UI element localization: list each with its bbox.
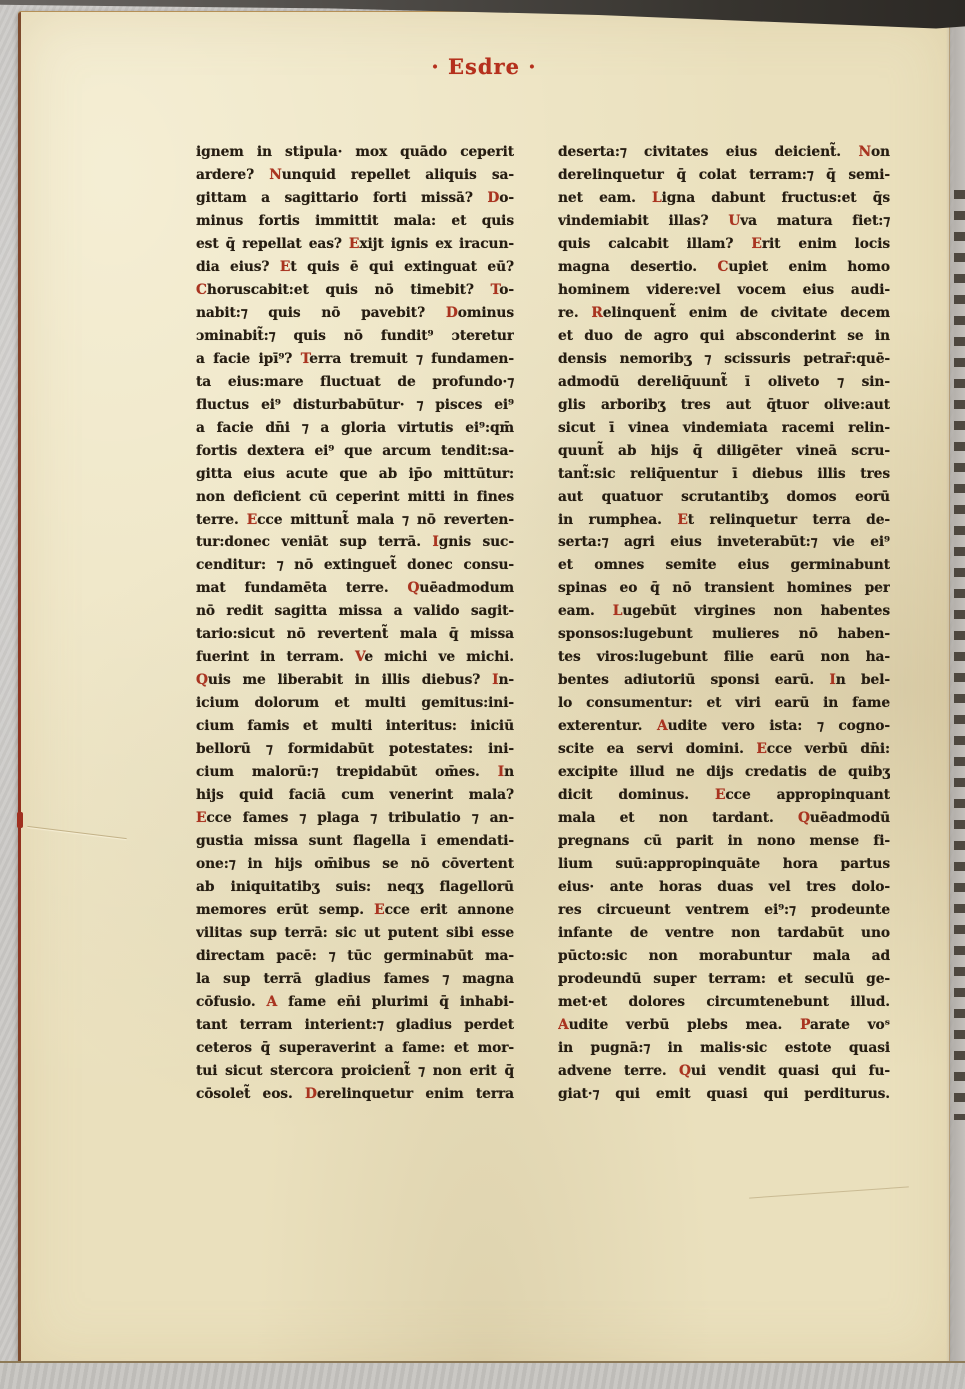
text-line: vindemiabit illas? Uva matura fiet:⁊: [558, 210, 890, 233]
line-text: exterentur.: [558, 718, 657, 734]
line-text: tui sicut stercora proicient̃ ⁊ non erit…: [196, 1063, 514, 1079]
line-text: mala et non tardant.: [558, 810, 798, 826]
rubricated-initial: E: [349, 236, 359, 252]
rubricated-initial: A: [267, 994, 278, 1010]
text-line: met·et dolores circumtenebunt illud.: [558, 991, 890, 1014]
line-text: minus fortis immittit mala: et quis: [196, 213, 514, 229]
line-text: sponsos:lugebunt mulieres nō haben-: [558, 626, 890, 642]
line-text: cium malorū:⁊ trepidabūt om̄es.: [196, 764, 498, 780]
line-text: et omnes semite eius germinabunt: [558, 557, 890, 573]
red-stained-page-edge: [18, 12, 21, 1364]
text-line: nō redit sagitta missa a valido sagit-: [196, 600, 514, 623]
red-edge-stain: [17, 812, 23, 828]
line-text: excipite illud ne dijs credatis de quibʒ: [558, 764, 890, 780]
line-text: quis calcabit illam?: [558, 236, 751, 252]
text-line: hominem videre:vel vocem eius audi-: [558, 279, 890, 302]
line-text: gustia missa sunt flagella ī emendati-: [196, 833, 514, 849]
text-line: a facie dn̄i ⁊ a gloria virtutis ei⁹:qm̄: [196, 417, 514, 440]
manuscript-page: · Esdre · ignem in stipula· mox quādo ce…: [18, 11, 950, 1365]
line-text: vindemiabit illas?: [558, 213, 728, 229]
text-line: cōsolet̃ eos. Derelinquetur enim terra: [196, 1083, 514, 1106]
text-line: densis nemoribʒ ⁊ scissuris petrar̄:quē-: [558, 348, 890, 371]
line-text: hominem videre:vel vocem eius audi-: [558, 282, 890, 298]
bottom-mat-edge: [0, 1361, 965, 1389]
line-text: directam pacē: ⁊ tūc germinabūt ma-: [196, 948, 514, 964]
rubricated-initial: D: [487, 190, 499, 206]
text-line: dia eius? Et quis ē qui extinguat eū?: [196, 256, 514, 279]
line-text: cenditur: ⁊ nō extinguet̃ donec consu-: [196, 557, 514, 573]
line-text: net eam.: [558, 190, 652, 206]
text-line: fluctus ei⁹ disturbabūtur· ⁊ pisces ei⁹: [196, 394, 514, 417]
line-text: sicut ī vinea vindemiata racemi relin-: [558, 420, 890, 436]
rubricated-initial: E: [280, 259, 290, 275]
line-text: re.: [558, 305, 591, 321]
text-line: pūcto:sic non morabuntur mala ad: [558, 945, 890, 968]
line-text: prodeundū super terram: et seculū ge-: [558, 971, 890, 987]
line-text: pregnans cū parit in nono mense fi-: [558, 833, 890, 849]
text-column-right: deserta:⁊ civitates eius deicient̃. Nond…: [558, 141, 890, 1106]
text-line: fortis dextera ei⁹ que arcum tendit:sa-: [196, 440, 514, 463]
line-text: e michi ve michi.: [364, 649, 514, 665]
line-text: aut quatuor scrutantibʒ domos eorū: [558, 489, 890, 505]
line-text: nabit:⁊ quis nō pavebit?: [196, 305, 446, 321]
text-line: aut quatuor scrutantibʒ domos eorū: [558, 486, 890, 509]
text-line: tant terram interient:⁊ gladius perdet: [196, 1014, 514, 1037]
text-line: mala et non tardant. Quēadmodū: [558, 807, 890, 830]
text-line: tui sicut stercora proicient̃ ⁊ non erit…: [196, 1060, 514, 1083]
line-text: ceteros q̄ superaverint a fame: et mor-: [196, 1040, 514, 1056]
line-text: n: [504, 764, 514, 780]
line-text: uēadmodū: [810, 810, 890, 826]
line-text: ignem in stipula· mox quādo ceperit: [196, 144, 514, 160]
rubricated-initial: D: [446, 305, 458, 321]
line-text: memores erūt semp.: [196, 902, 374, 918]
line-text: cōfusio.: [196, 994, 267, 1010]
text-line: bentes adiutoriū sponsi earū. In bel-: [558, 669, 890, 692]
line-text: xijt ignis ex iracun-: [359, 236, 514, 252]
text-line: sicut ī vinea vindemiata racemi relin-: [558, 417, 890, 440]
rubricated-initial: T: [491, 282, 500, 298]
line-text: cce verbū dn̄i:: [767, 741, 890, 757]
line-text: deserta:⁊ civitates eius deicient̃.: [558, 144, 858, 160]
rubricated-initial: N: [858, 144, 871, 160]
paper-crease: [749, 1186, 909, 1198]
line-text: lo consumentur: et viri earū in fame: [558, 695, 890, 711]
text-line: lium suū:appropinquāte hora partus: [558, 853, 890, 876]
line-text: icium dolorum et multi gemitus:ini-: [196, 695, 514, 711]
line-text: dicit dominus.: [558, 787, 715, 803]
text-line: spinas eo q̄ nō transient homines per: [558, 577, 890, 600]
line-text: udite verbū plebs mea.: [569, 1017, 800, 1033]
text-line: vilitas sup terrā: sic ut putent sibi es…: [196, 922, 514, 945]
text-line: hijs quid faciā cum venerint mala?: [196, 784, 514, 807]
text-line: excipite illud ne dijs credatis de quibʒ: [558, 761, 890, 784]
text-line: glis arboribʒ tres aut q̄tuor olive:aut: [558, 394, 890, 417]
text-line: fuerint in terram. Ve michi ve michi.: [196, 646, 514, 669]
text-line: lo consumentur: et viri earū in fame: [558, 692, 890, 715]
rubricated-initial: C: [718, 259, 729, 275]
line-text: rit enim locis: [762, 236, 890, 252]
text-line: admodū dereliq̄uunt̃ ī oliveto ⁊ sin-: [558, 371, 890, 394]
text-column-left: ignem in stipula· mox quādo ceperitarder…: [196, 141, 514, 1106]
rubricated-initial: E: [677, 512, 687, 528]
text-line: eius· ante horas duas vel tres dolo-: [558, 876, 890, 899]
line-text: a facie dn̄i ⁊ a gloria virtutis ei⁹:qm̄: [196, 420, 514, 436]
next-page-text-fragments: [954, 190, 965, 1120]
line-text: infante de ventre non tardabūt uno: [558, 925, 890, 941]
text-line: eam. Lugebūt virgines non habentes: [558, 600, 890, 623]
text-line: re. Relinquent̃ enim de civitate decem: [558, 302, 890, 325]
line-text: tario:sicut nō revertent̃ mala q̄ missa: [196, 626, 514, 642]
line-text: hijs quid faciā cum venerint mala?: [196, 787, 514, 803]
text-line: memores erūt semp. Ecce erit annone: [196, 899, 514, 922]
line-text: ardere?: [196, 167, 269, 183]
text-line: magna desertio. Cupiet enim homo: [558, 256, 890, 279]
text-line: in pugnā:⁊ in malis·sic estote quasi: [558, 1037, 890, 1060]
line-text: vilitas sup terrā: sic ut putent sibi es…: [196, 925, 514, 941]
line-text: ɔminabit̃:⁊ quis nō fundit⁹ ɔteretur: [196, 328, 514, 344]
text-line: non deficient cū ceperint mitti in fines: [196, 486, 514, 509]
text-line: advene terre. Qui vendit quasi qui fu-: [558, 1060, 890, 1083]
line-text: scite ea servi domini.: [558, 741, 756, 757]
line-text: cce mittunt̃ mala ⁊ nō reverten-: [257, 512, 514, 528]
line-text: est q̄ repellat eas?: [196, 236, 349, 252]
rubricated-initial: T: [301, 351, 310, 367]
line-text: dia eius?: [196, 259, 280, 275]
rubricated-initial: E: [247, 512, 257, 528]
text-line: ta eius:mare fluctuat de profundo·⁊: [196, 371, 514, 394]
line-text: n-: [498, 672, 514, 688]
line-text: res circueunt ventrem ei⁹:⁊ prodeunte: [558, 902, 890, 918]
line-text: gnis suc-: [439, 534, 514, 550]
line-text: erelinquetur enim terra: [317, 1086, 514, 1102]
rubricated-initial: E: [715, 787, 725, 803]
rubricated-initial: P: [800, 1017, 810, 1033]
rubricated-initial: E: [751, 236, 761, 252]
line-text: quunt̃ ab hijs q̄ diligēter vineā scru-: [558, 443, 890, 459]
text-line: et duo de agro qui absconderint se in: [558, 325, 890, 348]
line-text: o-: [499, 190, 514, 206]
text-line: infante de ventre non tardabūt uno: [558, 922, 890, 945]
rubricated-initial: A: [558, 1017, 569, 1033]
line-text: in pugnā:⁊ in malis·sic estote quasi: [558, 1040, 890, 1056]
line-text: ominus: [458, 305, 514, 321]
line-text: derelinquetur q̄ colat terram:⁊ q̄ semi-: [558, 167, 890, 183]
line-text: densis nemoribʒ ⁊ scissuris petrar̄:quē-: [558, 351, 890, 367]
line-text: cōsolet̃ eos.: [196, 1086, 305, 1102]
text-line: Ecce fames ⁊ plaga ⁊ tribulatio ⁊ an-: [196, 807, 514, 830]
text-line: exterentur. Audite vero ista: ⁊ cogno-: [558, 715, 890, 738]
line-text: advene terre.: [558, 1063, 679, 1079]
text-line: tario:sicut nō revertent̃ mala q̄ missa: [196, 623, 514, 646]
line-text: fortis dextera ei⁹ que arcum tendit:sa-: [196, 443, 514, 459]
line-text: cce appropinquant: [725, 787, 890, 803]
line-text: serta:⁊ agri eius inveterabūt:⁊ vie ei⁹: [558, 534, 890, 550]
line-text: gittam a sagittario forti missā?: [196, 190, 487, 206]
photograph-of-gutenberg-bible-page: { "page": { "header": "· Esdre ·" }, "ru…: [0, 0, 965, 1389]
line-text: ugebūt virgines non habentes: [622, 603, 890, 619]
text-line: la sup terrā gladius fames ⁊ magna: [196, 968, 514, 991]
text-line: tur:donec veniāt sup terrā. Ignis suc-: [196, 531, 514, 554]
running-head-esdre: · Esdre ·: [19, 54, 949, 79]
line-text: lium suū:appropinquāte hora partus: [558, 856, 890, 872]
text-line: derelinquetur q̄ colat terram:⁊ q̄ semi-: [558, 164, 890, 187]
line-text: uis me liberabit in illis diebus?: [208, 672, 492, 688]
text-line: terre. Ecce mittunt̃ mala ⁊ nō reverten-: [196, 509, 514, 532]
line-text: tes viros:lugebunt filie earū non ha-: [558, 649, 890, 665]
text-line: ardere? Nunquid repellet aliquis sa-: [196, 164, 514, 187]
rubricated-initial: Q: [408, 580, 420, 596]
text-line: Choruscabit:et quis nō timebit? To-: [196, 279, 514, 302]
line-text: arate voˢ: [810, 1017, 890, 1033]
text-line: prodeundū super terram: et seculū ge-: [558, 968, 890, 991]
line-text: pūcto:sic non morabuntur mala ad: [558, 948, 890, 964]
text-line: bellorū ⁊ formidabūt potestates: ini-: [196, 738, 514, 761]
text-line: icium dolorum et multi gemitus:ini-: [196, 692, 514, 715]
line-text: non deficient cū ceperint mitti in fines: [196, 489, 514, 505]
rubricated-initial: L: [613, 603, 623, 619]
text-line: Quis me liberabit in illis diebus? In-: [196, 669, 514, 692]
text-line: sponsos:lugebunt mulieres nō haben-: [558, 623, 890, 646]
rubricated-initial: V: [355, 649, 364, 665]
line-text: nō redit sagitta missa a valido sagit-: [196, 603, 514, 619]
text-line: scite ea servi domini. Ecce verbū dn̄i:: [558, 738, 890, 761]
line-text: eam.: [558, 603, 613, 619]
line-text: fame en̄i plurimi q̄ inhabi-: [277, 994, 514, 1010]
line-text: horuscabit:et quis nō timebit?: [207, 282, 491, 298]
text-line: res circueunt ventrem ei⁹:⁊ prodeunte: [558, 899, 890, 922]
rubricated-initial: E: [756, 741, 766, 757]
text-line: net eam. Ligna dabunt fructus:et q̄s: [558, 187, 890, 210]
rubricated-initial: N: [269, 167, 282, 183]
line-text: giat·⁊ qui emit quasi qui perditurus.: [558, 1086, 890, 1102]
rubricated-initial: L: [652, 190, 662, 206]
text-line: ignem in stipula· mox quādo ceperit: [196, 141, 514, 164]
line-text: on: [871, 144, 890, 160]
text-line: quunt̃ ab hijs q̄ diligēter vineā scru-: [558, 440, 890, 463]
text-line: gustia missa sunt flagella ī emendati-: [196, 830, 514, 853]
text-line: quis calcabit illam? Erit enim locis: [558, 233, 890, 256]
rubricated-initial: C: [196, 282, 207, 298]
rubricated-initial: R: [591, 305, 602, 321]
line-text: magna desertio.: [558, 259, 718, 275]
line-text: spinas eo q̄ nō transient homines per: [558, 580, 890, 596]
rubricated-initial: E: [374, 902, 384, 918]
line-text: igna dabunt fructus:et q̄s: [662, 190, 890, 206]
line-text: met·et dolores circumtenebunt illud.: [558, 994, 890, 1010]
line-text: glis arboribʒ tres aut q̄tuor olive:aut: [558, 397, 890, 413]
text-line: gittam a sagittario forti missā? Do-: [196, 187, 514, 210]
text-line: gitta eius acute que ab ip̄o mittūtur:: [196, 463, 514, 486]
rubricated-initial: Q: [196, 672, 208, 688]
line-text: in rumphea.: [558, 512, 677, 528]
line-text: t quis ē qui extinguat eū?: [290, 259, 514, 275]
line-text: fluctus ei⁹ disturbabūtur· ⁊ pisces ei⁹: [196, 397, 514, 413]
text-line: dicit dominus. Ecce appropinquant: [558, 784, 890, 807]
line-text: bentes adiutoriū sponsi earū.: [558, 672, 829, 688]
line-text: va matura fiet:⁊: [740, 213, 890, 229]
text-line: cōfusio. A fame en̄i plurimi q̄ inhabi-: [196, 991, 514, 1014]
rubricated-initial: Q: [679, 1063, 691, 1079]
line-text: cce erit annone: [385, 902, 514, 918]
line-text: bellorū ⁊ formidabūt potestates: ini-: [196, 741, 514, 757]
text-line: ceteros q̄ superaverint a fame: et mor-: [196, 1037, 514, 1060]
text-line: cium malorū:⁊ trepidabūt om̄es. In: [196, 761, 514, 784]
line-text: upiet enim homo: [728, 259, 890, 275]
line-text: a facie ipī⁹?: [196, 351, 301, 367]
text-line: nabit:⁊ quis nō pavebit? Dominus: [196, 302, 514, 325]
text-line: serta:⁊ agri eius inveterabūt:⁊ vie ei⁹: [558, 531, 890, 554]
text-line: ɔminabit̃:⁊ quis nō fundit⁹ ɔteretur: [196, 325, 514, 348]
text-line: pregnans cū parit in nono mense fi-: [558, 830, 890, 853]
line-text: admodū dereliq̄uunt̃ ī oliveto ⁊ sin-: [558, 374, 890, 390]
line-text: ta eius:mare fluctuat de profundo·⁊: [196, 374, 514, 390]
line-text: ui vendit quasi qui fu-: [691, 1063, 890, 1079]
text-line: in rumphea. Et relinquetur terra de-: [558, 509, 890, 532]
line-text: t relinquetur terra de-: [688, 512, 890, 528]
line-text: la sup terrā gladius fames ⁊ magna: [196, 971, 514, 987]
line-text: cium famis et multi interitus: iniciū: [196, 718, 514, 734]
line-text: udite vero ista: ⁊ cogno-: [668, 718, 890, 734]
text-line: est q̄ repellat eas? Exijt ignis ex irac…: [196, 233, 514, 256]
rubricated-initial: D: [305, 1086, 317, 1102]
line-text: ab iniquitatibʒ suis: neqʒ flagellorū: [196, 879, 514, 895]
text-line: one:⁊ in hijs om̄ibus se nō cōvertent: [196, 853, 514, 876]
line-text: unquid repellet aliquis sa-: [282, 167, 514, 183]
rubricated-initial: U: [728, 213, 740, 229]
line-text: cce fames ⁊ plaga ⁊ tribulatio ⁊ an-: [206, 810, 514, 826]
line-text: elinquent̃ enim de civitate decem: [603, 305, 890, 321]
line-text: tant terram interient:⁊ gladius perdet: [196, 1017, 514, 1033]
line-text: tant̃:sic reliq̄uentur ī diebus illis tr…: [558, 466, 890, 482]
text-line: tes viros:lugebunt filie earū non ha-: [558, 646, 890, 669]
text-line: a facie ipī⁹? Terra tremuit ⁊ fundamen-: [196, 348, 514, 371]
gutter-next-page-edge: [946, 0, 965, 1389]
line-text: erra tremuit ⁊ fundamen-: [309, 351, 514, 367]
line-text: n bel-: [836, 672, 890, 688]
rubricated-initial: E: [196, 810, 206, 826]
text-line: cenditur: ⁊ nō extinguet̃ donec consu-: [196, 554, 514, 577]
line-text: mat fundamēta terre.: [196, 580, 408, 596]
rubricated-initial: A: [657, 718, 668, 734]
text-line: et omnes semite eius germinabunt: [558, 554, 890, 577]
text-line: directam pacē: ⁊ tūc germinabūt ma-: [196, 945, 514, 968]
line-text: uēadmodum: [419, 580, 514, 596]
text-line: ab iniquitatibʒ suis: neqʒ flagellorū: [196, 876, 514, 899]
paper-crease: [27, 826, 126, 839]
text-line: minus fortis immittit mala: et quis: [196, 210, 514, 233]
text-line: Audite verbū plebs mea. Parate voˢ: [558, 1014, 890, 1037]
line-text: fuerint in terram.: [196, 649, 355, 665]
line-text: terre.: [196, 512, 247, 528]
text-line: deserta:⁊ civitates eius deicient̃. Non: [558, 141, 890, 164]
line-text: one:⁊ in hijs om̄ibus se nō cōvertent: [196, 856, 514, 872]
line-text: tur:donec veniāt sup terrā.: [196, 534, 432, 550]
line-text: gitta eius acute que ab ip̄o mittūtur:: [196, 466, 514, 482]
text-line: mat fundamēta terre. Quēadmodum: [196, 577, 514, 600]
line-text: o-: [499, 282, 514, 298]
line-text: et duo de agro qui absconderint se in: [558, 328, 890, 344]
text-line: tant̃:sic reliq̄uentur ī diebus illis tr…: [558, 463, 890, 486]
rubricated-initial: Q: [798, 810, 810, 826]
text-line: cium famis et multi interitus: iniciū: [196, 715, 514, 738]
line-text: eius· ante horas duas vel tres dolo-: [558, 879, 890, 895]
text-line: giat·⁊ qui emit quasi qui perditurus.: [558, 1083, 890, 1106]
